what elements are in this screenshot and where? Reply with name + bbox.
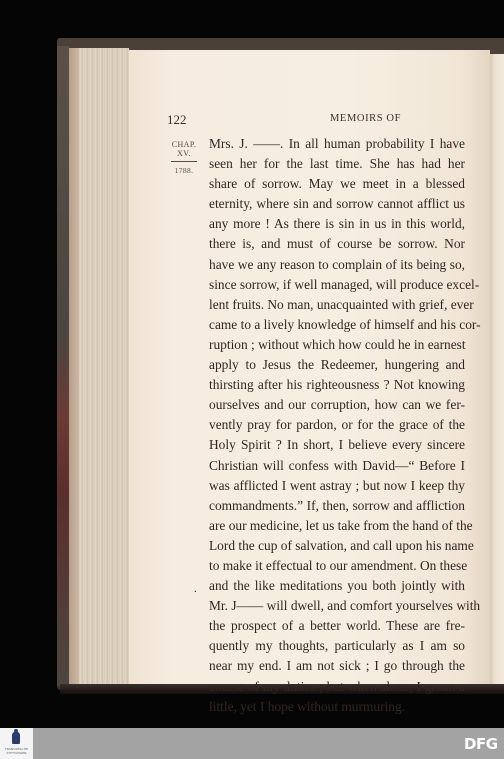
margin-rule [171, 161, 197, 162]
text-line: and the like meditations you both jointl… [209, 576, 465, 596]
text-line: eternity, where sin and sorrow cannot af… [209, 194, 465, 214]
text-line: lent fruits. No man, unacquainted with g… [209, 295, 465, 315]
text-line: have we any reason to complain of its be… [209, 255, 465, 275]
page-stack-edge [69, 48, 129, 684]
text-line: thirsting after his righteousness ? Not … [209, 375, 465, 395]
text-line: was afflicted I went astray ; but now I … [209, 476, 465, 496]
margin-chapter-label: CHAP. [163, 140, 205, 149]
text-line: near my end. I am not sick ; I go throug… [209, 656, 465, 676]
margin-year: 1788. [163, 166, 205, 175]
text-line: Mrs. J. ——. In all human probability I h… [209, 134, 465, 154]
text-line: any more ! As there is sin in us in this… [209, 214, 465, 234]
stray-mark: . [194, 583, 197, 595]
library-logo[interactable]: FRANCKESCHE STIFTUNGEN [0, 728, 33, 759]
text-line: apply to Jesus the Redeemer, hungering a… [209, 355, 465, 375]
text-line: commandments.” If, then, sorrow and affl… [209, 496, 465, 516]
text-line: quently my thoughts, particularly as I a… [209, 636, 465, 656]
text-line: since sorrow, if well managed, will prod… [209, 275, 465, 295]
text-line: seen her for the last time. She has had … [209, 154, 465, 174]
footer-bar [0, 728, 504, 759]
dfg-logo[interactable]: DFG [464, 735, 498, 753]
library-logo-caption: FRANCKESCHE STIFTUNGEN [2, 747, 31, 755]
text-line: course of my duties ; but when alone, I … [209, 677, 465, 697]
margin-note: CHAP. XV. 1788. [163, 140, 205, 175]
text-line: came to a lively knowledge of himself an… [209, 315, 465, 335]
text-line: ourselves and our corruption, how can we… [209, 395, 465, 415]
body-text: Mrs. J. ——. In all human probability I h… [209, 134, 465, 717]
text-line: are our medicine, let us take from the h… [209, 516, 465, 536]
orphan-figure-icon [12, 732, 20, 744]
text-line: ruption ; without which how could he in … [209, 335, 465, 355]
text-line: Mr. J—— will dwell, and comfort yourselv… [209, 596, 465, 616]
text-line: vently pray for pardon, or for the grace… [209, 415, 465, 435]
running-head: 122 MEMOIRS OF [167, 112, 467, 128]
text-line: Christian will confess with David—“ Befo… [209, 456, 465, 476]
page-number: 122 [167, 112, 187, 128]
text-line: Holy Spirit ? In short, I believe every … [209, 435, 465, 455]
text-line: little, yet I hope without murmuring. [209, 697, 465, 717]
text-line: there is, and must of course be sorrow. … [209, 234, 465, 254]
text-line: share of sorrow. May we meet in a blesse… [209, 174, 465, 194]
text-line: to make it effectual to our amendment. O… [209, 556, 465, 576]
text-line: the prospect of a better world. These ar… [209, 616, 465, 636]
facing-page-edge [490, 54, 504, 686]
text-line: Lord the cup of salvation, and call upon… [209, 536, 465, 556]
margin-chapter-numeral: XV. [163, 149, 205, 158]
running-title: MEMOIRS OF [330, 113, 401, 124]
book-cover-edge [57, 46, 69, 686]
